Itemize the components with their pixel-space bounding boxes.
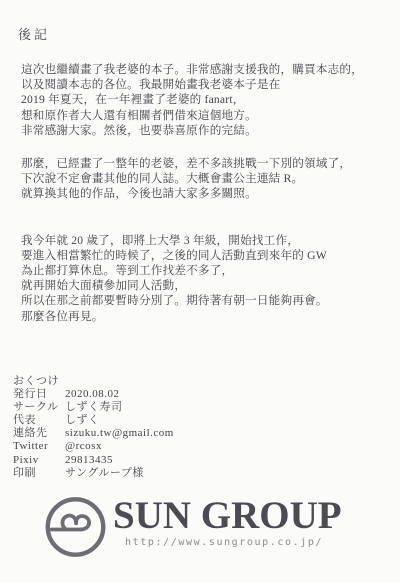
colophon-label: 印刷 xyxy=(13,467,59,480)
paragraph-line: 以及閱讀本志的各位。我最開始畫我老婆本子是在 xyxy=(21,77,388,92)
colophon-row-pixiv: Pixiv29813435 xyxy=(13,454,174,467)
paragraph-line: 我今年就 20 歲了，即將上大學 3 年級，開始找工作， xyxy=(21,233,388,248)
paragraph-line: 那麼，已經畫了一整年的老婆，差不多該挑戰一下別的領域了， xyxy=(21,156,388,171)
paragraph: 那麼，已經畫了一整年的老婆，差不多該挑戰一下別的領域了， 下次說不定會畫其他的同… xyxy=(21,156,388,202)
paragraph: 我今年就 20 歲了，即將上大學 3 年級，開始找工作， 要進入相當繁忙的時候了… xyxy=(21,233,388,324)
afterword-body: 這次也繼續畫了我老婆的本子。非常感謝支援我的，購買本志的， 以及閱讀本志的各位。… xyxy=(21,62,388,324)
sun-group-logo-icon xyxy=(44,494,107,560)
paragraph-line: 非常感謝大家。然後，也要恭喜原作的完結。 xyxy=(21,123,388,138)
colophon-label: Pixiv xyxy=(13,454,59,467)
colophon-row-twitter: Twitter@rcosx xyxy=(13,440,174,453)
colophon-value: サングループ様 xyxy=(65,467,144,479)
colophon-row-representative: 代表しずく xyxy=(13,414,174,427)
colophon-pixiv-id: 29813435 xyxy=(65,454,113,466)
paragraph-line: 為止都打算休息。等到工作找差不多了， xyxy=(21,263,388,278)
colophon-value: しずく寿司 xyxy=(65,401,123,413)
paragraph-line: 就算換其他的作品，今後也請大家多多關照。 xyxy=(21,186,388,201)
paragraph: 這次也繼續畫了我老婆的本子。非常感謝支援我的，購買本志的， 以及閱讀本志的各位。… xyxy=(21,62,388,138)
colophon-value: しずく xyxy=(65,414,100,426)
colophon: おくつけ 発行日2020.08.02 サークルしずく寿司 代表しずく 連絡先si… xyxy=(13,375,174,480)
colophon-row-circle: サークルしずく寿司 xyxy=(13,401,174,414)
colophon-label: 発行日 xyxy=(13,388,59,401)
page-title: 後記 xyxy=(18,24,50,43)
paragraph-line: 所以在那之前都要暫時分別了。期待著有朝一日能夠再會。 xyxy=(21,293,388,308)
colophon-label: Twitter xyxy=(13,440,59,453)
colophon-heading: おくつけ xyxy=(13,375,174,388)
colophon-twitter-handle: @rcosx xyxy=(65,440,102,452)
colophon-row-contact-email: 連絡先sizuku.tw@gmail.com xyxy=(13,427,174,440)
printer-name: SUN GROUP xyxy=(113,496,342,536)
paragraph-line: 想和原作者大人還有相關者們借來這個地方。 xyxy=(21,108,388,123)
paragraph-line: 就再開始大面積參加同人活動， xyxy=(21,278,388,293)
colophon-row-publish-date: 発行日2020.08.02 xyxy=(13,388,174,401)
paragraph-line: 2019 年夏天，在一年裡畫了老婆的 fanart， xyxy=(21,92,388,107)
paragraph-line: 那麼各位再見。 xyxy=(21,309,388,324)
paragraph-line: 這次也繼續畫了我老婆的本子。非常感謝支援我的，購買本志的， xyxy=(21,62,388,77)
colophon-row-printer: 印刷サングループ様 xyxy=(13,467,174,480)
colophon-email-value: sizuku.tw@gmail.com xyxy=(65,427,174,439)
colophon-label: 連絡先 xyxy=(13,427,59,440)
colophon-label: サークル xyxy=(13,401,59,414)
afterword-page: 後記 這次也繼續畫了我老婆的本子。非常感謝支援我的，購買本志的， 以及閱讀本志的… xyxy=(0,0,400,583)
paragraph-line: 要進入相當繁忙的時候了，之後的同人活動直到來年的 GW xyxy=(21,248,388,263)
printer-brand: SUN GROUP http://www.sungroup.co.jp/ xyxy=(113,494,342,548)
printer-credit: SUN GROUP http://www.sungroup.co.jp/ xyxy=(44,494,342,560)
printer-url: http://www.sungroup.co.jp/ xyxy=(125,537,342,548)
paragraph-line: 下次說不定會畫其他的同人誌。大概會畫公主連結 R。 xyxy=(21,171,388,186)
colophon-label: 代表 xyxy=(13,414,59,427)
colophon-value: 2020.08.02 xyxy=(65,388,120,400)
